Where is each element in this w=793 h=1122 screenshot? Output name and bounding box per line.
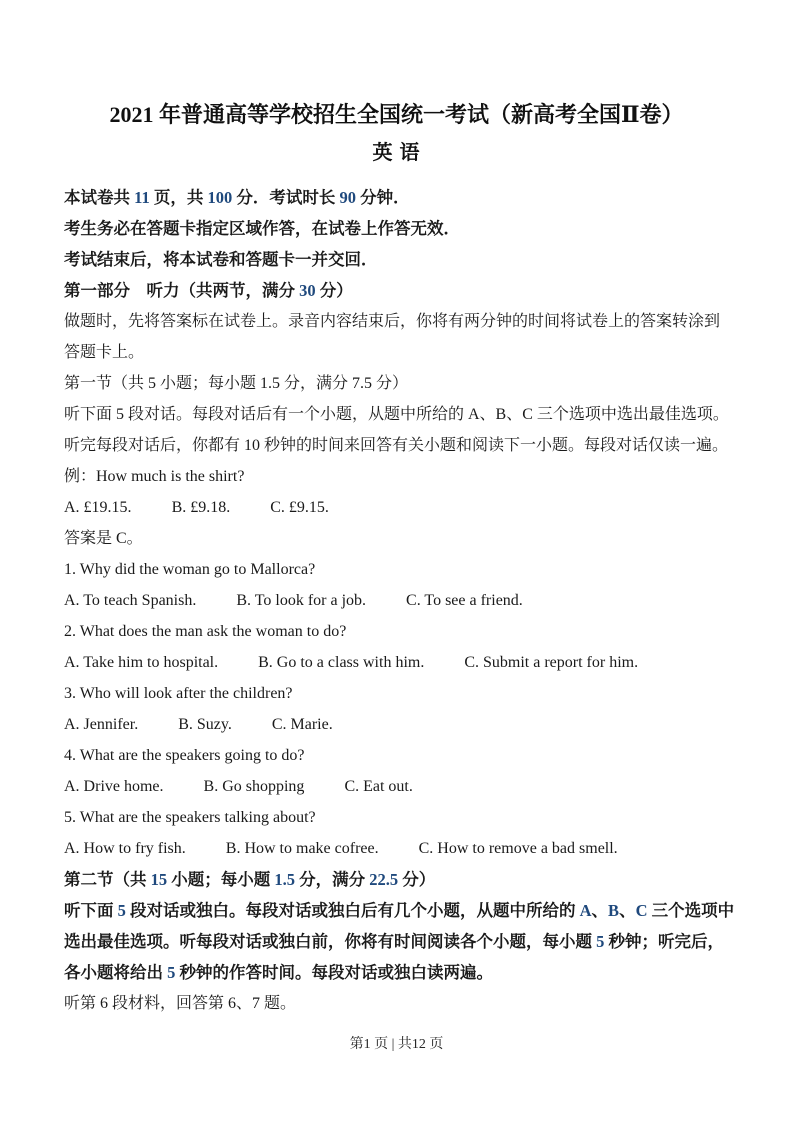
question-5: 5. What are the speakers talking about? [64, 802, 734, 833]
highlighted-number: 100 [207, 188, 232, 207]
option-item: B. Go shopping [204, 771, 305, 802]
option-item: B. Suzy. [178, 709, 232, 740]
text-segment: 4. What are the speakers going to do? [64, 747, 305, 764]
text-segment: 答题卡上。 [64, 344, 144, 361]
text-segment: 2. What does the man ask the woman to do… [64, 623, 346, 640]
text-segment: 5. What are the speakers talking about? [64, 809, 316, 826]
option-item: A. Drive home. [64, 771, 164, 802]
highlighted-number: C [636, 901, 648, 920]
example-answer: 答案是 C。 [64, 523, 734, 554]
option-item: B. Go to a class with him. [258, 647, 424, 678]
text-segment: 段对话或独白。每段对话或独白后有几个小题，从题中所给的 [126, 901, 580, 920]
document-body: 本试卷共 11 页，共 100 分．考试时长 90 分钟．考生务必在答题卡指定区… [64, 182, 734, 1019]
option-item: A. £19.15. [64, 492, 132, 523]
text-segment: 第二节（共 [64, 870, 151, 889]
text-segment: 答案是 C。 [64, 530, 143, 547]
highlighted-number: 22.5 [369, 870, 398, 889]
option-item: C. Eat out. [344, 771, 412, 802]
option-item: A. Jennifer. [64, 709, 138, 740]
highlighted-number: B [608, 901, 619, 920]
text-segment: 第一节（共 5 小题；每小题 1.5 分，满分 7.5 分） [64, 375, 408, 392]
text-segment: 分，满分 [295, 870, 369, 889]
question-2-options: A. Take him to hospital.B. Go to a class… [64, 647, 734, 678]
text-segment: 1. Why did the woman go to Mallorca? [64, 561, 315, 578]
subject-title: 英 语 [0, 140, 793, 166]
question-2: 2. What does the man ask the woman to do… [64, 616, 734, 647]
highlighted-number: 30 [299, 281, 316, 300]
text-segment: 分） [316, 281, 353, 300]
text-segment: 第一部分 听力（共两节，满分 [64, 281, 299, 300]
text-segment: 分） [398, 870, 435, 889]
text-segment: 听下面 [64, 901, 118, 920]
example-question: 例：How much is the shirt? [64, 461, 734, 492]
part1-heading: 第一部分 听力（共两节，满分 30 分） [64, 275, 734, 306]
text-segment: 页，共 [150, 188, 208, 207]
highlighted-number: 5 [118, 901, 126, 920]
answer-sheet-notice-line: 考生务必在答题卡指定区域作答，在试卷上作答无效． [64, 213, 734, 244]
question-4-options: A. Drive home.B. Go shoppingC. Eat out. [64, 771, 734, 802]
text-segment: 例：How much is the shirt? [64, 468, 244, 485]
question-3: 3. Who will look after the children? [64, 678, 734, 709]
text-segment: 本试卷共 [64, 188, 134, 207]
section2-instruction-line-2: 选出最佳选项。听每段对话或独白前，你将有时间阅读各个小题，每小题 5 秒钟；听完… [64, 926, 734, 957]
text-segment: 各小题将给出 [64, 963, 167, 982]
material6-prompt: 听第 6 段材料，回答第 6、7 题。 [64, 988, 734, 1019]
highlighted-number: 90 [339, 188, 356, 207]
text-segment: 听下面 5 段对话。每段对话后有一个小题，从题中所给的 A、B、C 三个选项中选… [64, 406, 729, 423]
exam-title: 2021 年普通高等学校招生全国统一考试（新高考全国Ⅱ卷） [0, 100, 793, 130]
option-item: A. To teach Spanish. [64, 585, 196, 616]
question-3-options: A. Jennifer.B. Suzy.C. Marie. [64, 709, 734, 740]
text-segment: 、 [592, 901, 609, 920]
question-1-options: A. To teach Spanish.B. To look for a job… [64, 585, 734, 616]
text-segment: 听完每段对话后，你都有 10 秒钟的时间来回答有关小题和阅读下一小题。每段对话仅… [64, 437, 728, 454]
option-item: B. How to make cofree. [226, 833, 379, 864]
text-segment: 选出最佳选项。听每段对话或独白前，你将有时间阅读各个小题，每小题 [64, 932, 596, 951]
text-segment: 考生务必在答题卡指定区域作答，在试卷上作答无效． [64, 219, 460, 238]
option-item: B. To look for a job. [236, 585, 366, 616]
option-item: C. To see a friend. [406, 585, 523, 616]
section2-instruction-line-3: 各小题将给出 5 秒钟的作答时间。每段对话或独白读两遍。 [64, 957, 734, 988]
question-1: 1. Why did the woman go to Mallorca? [64, 554, 734, 585]
listening-note-line-1: 做题时，先将答案标在试卷上。录音内容结束后，你将有两分钟的时间将试卷上的答案转涂… [64, 306, 734, 337]
section2-heading: 第二节（共 15 小题；每小题 1.5 分，满分 22.5 分） [64, 864, 734, 895]
text-segment: 秒钟；听完后， [604, 932, 724, 951]
question-5-options: A. How to fry fish.B. How to make cofree… [64, 833, 734, 864]
highlighted-number: 1.5 [274, 870, 295, 889]
text-segment: 做题时，先将答案标在试卷上。录音内容结束后，你将有两分钟的时间将试卷上的答案转涂… [64, 313, 720, 330]
highlighted-number: 15 [151, 870, 168, 889]
highlighted-number: A [580, 901, 592, 920]
option-item: B. £9.18. [172, 492, 231, 523]
question-4: 4. What are the speakers going to do? [64, 740, 734, 771]
document-header: 2021 年普通高等学校招生全国统一考试（新高考全国Ⅱ卷） 英 语 [0, 0, 793, 166]
text-segment: 分．考试时长 [232, 188, 339, 207]
section2-instruction-line-1: 听下面 5 段对话或独白。每段对话或独白后有几个小题，从题中所给的 A、B、C … [64, 895, 734, 926]
option-item: C. How to remove a bad smell. [419, 833, 618, 864]
option-item: A. Take him to hospital. [64, 647, 218, 678]
text-segment: 考试结束后，将本试卷和答题卡一并交回． [64, 250, 378, 269]
text-segment: 、 [619, 901, 636, 920]
option-item: A. How to fry fish. [64, 833, 186, 864]
exam-paper-page: 2021 年普通高等学校招生全国统一考试（新高考全国Ⅱ卷） 英 语 本试卷共 1… [0, 0, 793, 1122]
return-notice-line: 考试结束后，将本试卷和答题卡一并交回． [64, 244, 734, 275]
text-segment: 3. Who will look after the children? [64, 685, 293, 702]
text-segment: 听第 6 段材料，回答第 6、7 题。 [64, 995, 296, 1012]
section1-heading: 第一节（共 5 小题；每小题 1.5 分，满分 7.5 分） [64, 368, 734, 399]
option-item: C. £9.15. [270, 492, 329, 523]
exam-info-line: 本试卷共 11 页，共 100 分．考试时长 90 分钟． [64, 182, 734, 213]
document-footer: 第1 页 | 共12 页 [0, 1035, 793, 1055]
option-item: C. Submit a report for him. [464, 647, 638, 678]
text-segment: 秒钟的作答时间。每段对话或独白读两遍。 [175, 963, 493, 982]
page-indicator: 第1 页 | 共12 页 [350, 1037, 444, 1052]
highlighted-number: 11 [134, 188, 150, 207]
listening-note-line-2: 答题卡上。 [64, 337, 734, 368]
text-segment: 小题；每小题 [167, 870, 274, 889]
section1-instruction-line-1: 听下面 5 段对话。每段对话后有一个小题，从题中所给的 A、B、C 三个选项中选… [64, 399, 734, 430]
option-item: C. Marie. [272, 709, 333, 740]
section1-instruction-line-2: 听完每段对话后，你都有 10 秒钟的时间来回答有关小题和阅读下一小题。每段对话仅… [64, 430, 734, 461]
text-segment: 分钟． [356, 188, 410, 207]
text-segment: 三个选项中 [647, 901, 734, 920]
example-options: A. £19.15.B. £9.18.C. £9.15. [64, 492, 734, 523]
